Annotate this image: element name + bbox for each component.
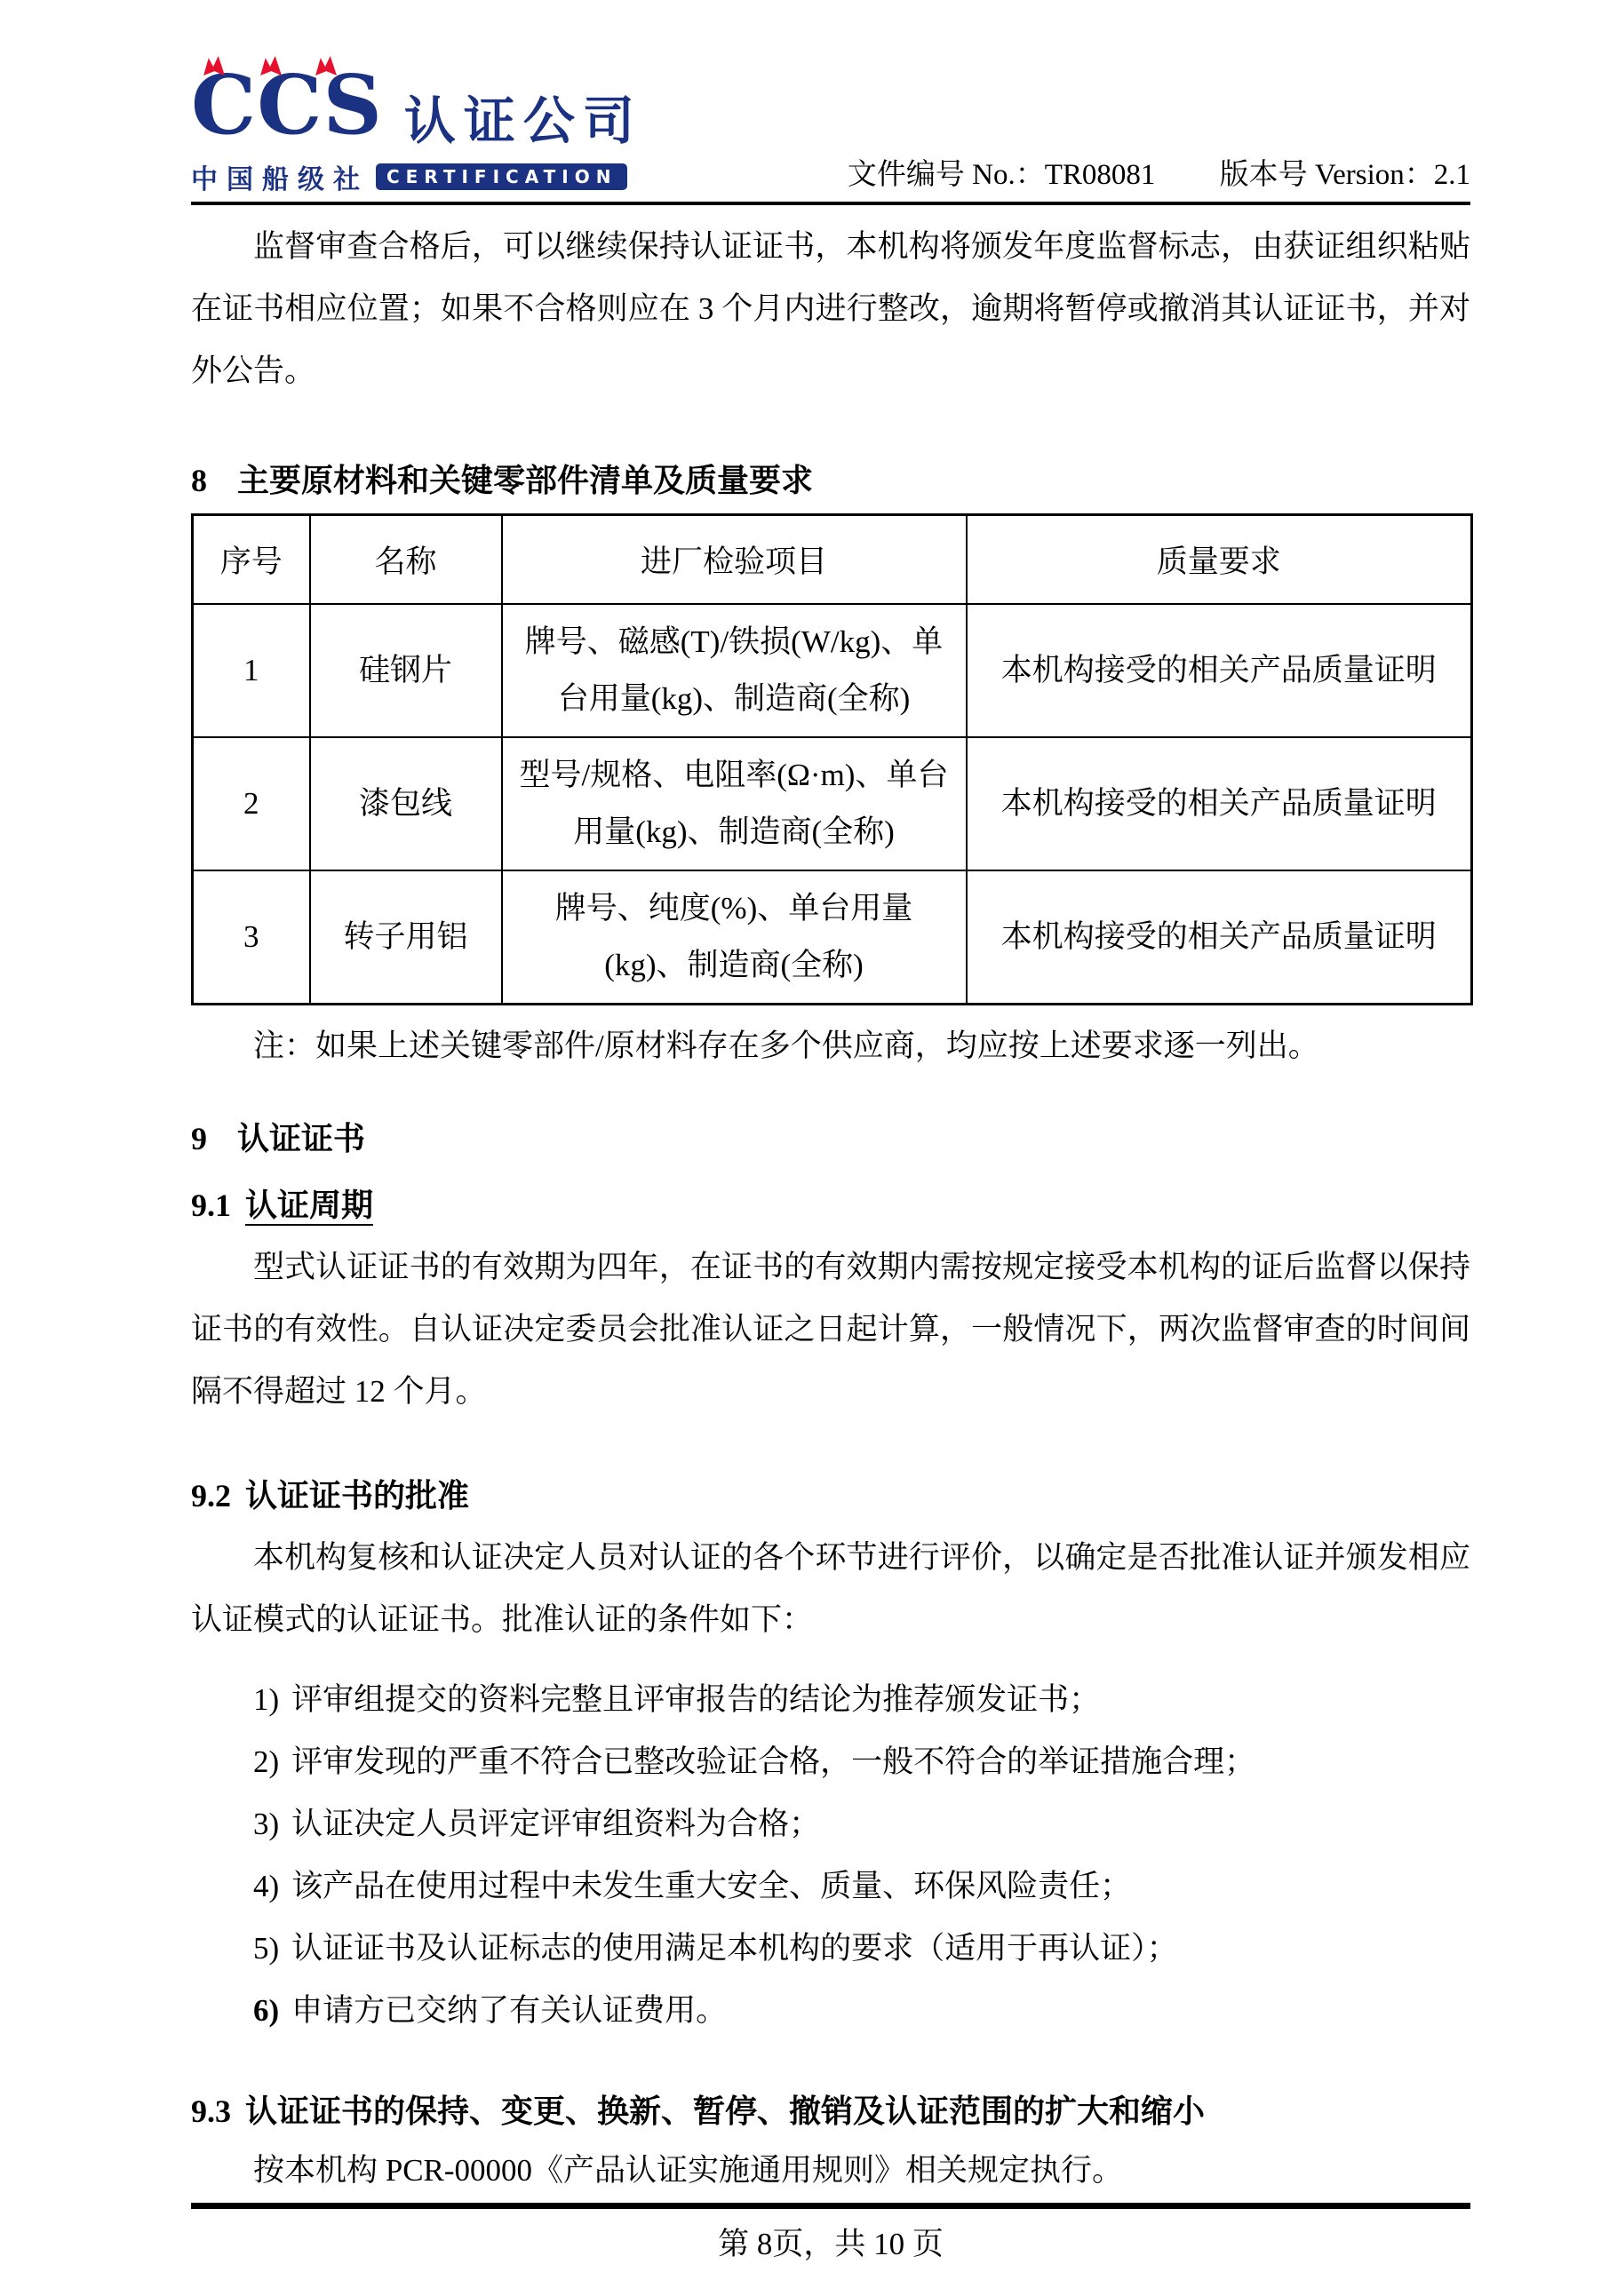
- list-item-number: 1): [253, 1682, 279, 1717]
- ccs-logo: CCS 认证公司 中国船级社 CERTIFICATION: [191, 67, 642, 196]
- document-version: 版本号 Version：2.1: [1220, 159, 1470, 191]
- table-cell: 转子用铝: [310, 870, 502, 1005]
- section-8-title: 主要原材料和关键零部件清单及质量要求: [237, 463, 813, 498]
- ccs-logo-top: CCS 认证公司: [191, 67, 642, 154]
- page-number: 第 8页，共 10 页: [191, 2220, 1470, 2264]
- list-item-number: 3): [253, 1807, 279, 1841]
- section-9-3-heading: 9.3认证证书的保持、变更、换新、暂停、撤销及认证范围的扩大和缩小: [191, 2086, 1470, 2132]
- section-9-heading: 9认证证书: [191, 1114, 1470, 1159]
- list-item: 4)该产品在使用过程中未发生重大安全、质量、环保风险责任；: [253, 1855, 1470, 1918]
- section-8-heading: 8主要原材料和关键零部件清单及质量要求: [191, 456, 1470, 501]
- list-item-text: 申请方已交纳了有关认证费用。: [291, 1993, 727, 2028]
- table-header-row: 序号 名称 进厂检验项目 质量要求: [193, 515, 1472, 605]
- logo-subtitle-cn: 中国船级社: [191, 157, 369, 196]
- section-9-3-title: 认证证书的保持、变更、换新、暂停、撤销及认证范围的扩大和缩小: [245, 2093, 1205, 2129]
- list-item-text: 评审组提交的资料完整且评审报告的结论为推荐颁发证书；: [291, 1682, 1100, 1717]
- section-8-number: 8: [191, 463, 207, 498]
- list-item-text: 评审发现的严重不符合已整改验证合格，一般不符合的举证措施合理；: [291, 1744, 1255, 1779]
- table-cell: 本机构接受的相关产品质量证明: [967, 604, 1472, 737]
- list-item: 3)认证决定人员评定评审组资料为合格；: [253, 1793, 1470, 1855]
- table-cell: 牌号、磁感(T)/铁损(W/kg)、单台用量(kg)、制造商(全称): [502, 604, 967, 737]
- section-9-1-body: 型式认证证书的有效期为四年，在证书的有效期内需按规定接受本机构的证后监督以保持证…: [191, 1236, 1470, 1423]
- list-item: 6)申请方已交纳了有关认证费用。: [253, 1980, 1470, 2042]
- list-item-text: 认证证书及认证标志的使用满足本机构的要求（适用于再认证）；: [291, 1931, 1178, 1966]
- table-cell: 型号/规格、电阻率(Ω·m)、单台用量(kg)、制造商(全称): [502, 737, 967, 870]
- logo-company-name: 认证公司: [404, 79, 642, 154]
- section-9-1-number: 9.1: [191, 1188, 231, 1223]
- section-9-3-body: 按本机构 PCR-00000《产品认证实施通用规则》相关规定执行。: [191, 2142, 1470, 2199]
- table-row: 1 硅钢片 牌号、磁感(T)/铁损(W/kg)、单台用量(kg)、制造商(全称)…: [193, 604, 1472, 737]
- list-item: 5)认证证书及认证标志的使用满足本机构的要求（适用于再认证）；: [253, 1918, 1470, 1980]
- list-item-number: 5): [253, 1931, 279, 1966]
- list-item-number: 6): [253, 1993, 279, 2028]
- document-page: CCS 认证公司 中国船级社 CERTIFICATION 文件编号 No.：TR…: [0, 0, 1617, 2296]
- section-9-2-title: 认证证书的批准: [245, 1478, 469, 1513]
- section-9-number: 9: [191, 1121, 207, 1156]
- list-item-text: 该产品在使用过程中未发生重大安全、质量、环保风险责任；: [291, 1869, 1131, 1903]
- section-9-1-heading: 9.1认证周期: [191, 1180, 1470, 1226]
- logo-certification-badge: CERTIFICATION: [376, 163, 627, 190]
- table-cell: 牌号、纯度(%)、单台用量(kg)、制造商(全称): [502, 870, 967, 1005]
- list-item-number: 2): [253, 1744, 279, 1779]
- page-header: CCS 认证公司 中国船级社 CERTIFICATION 文件编号 No.：TR…: [191, 67, 1470, 205]
- table-row: 3 转子用铝 牌号、纯度(%)、单台用量(kg)、制造商(全称) 本机构接受的相…: [193, 870, 1472, 1005]
- table-cell: 3: [193, 870, 310, 1005]
- section-9-1-title: 认证周期: [245, 1188, 373, 1223]
- table-cell: 硅钢片: [310, 604, 502, 737]
- list-item-text: 认证决定人员评定评审组资料为合格；: [291, 1807, 820, 1841]
- table-cell: 1: [193, 604, 310, 737]
- table-header-cell: 名称: [310, 515, 502, 605]
- table-header-cell: 质量要求: [967, 515, 1472, 605]
- document-meta: 文件编号 No.：TR08081 版本号 Version：2.1: [848, 151, 1470, 193]
- materials-table: 序号 名称 进厂检验项目 质量要求 1 硅钢片 牌号、磁感(T)/铁损(W/kg…: [191, 513, 1473, 1005]
- section-9-2-body: 本机构复核和认证决定人员对认证的各个环节进行评价，以确定是否批准认证并颁发相应认…: [191, 1527, 1470, 1651]
- list-item-number: 4): [253, 1869, 279, 1903]
- table-cell: 2: [193, 737, 310, 870]
- section-9-2-heading: 9.2认证证书的批准: [191, 1471, 1470, 1516]
- table-note: 注：如果上述关键零部件/原材料存在多个供应商，均应按上述要求逐一列出。: [253, 1021, 1470, 1066]
- table-cell: 漆包线: [310, 737, 502, 870]
- section-9-title: 认证证书: [237, 1121, 365, 1156]
- document-number: 文件编号 No.：TR08081: [848, 159, 1156, 191]
- ccs-logo-letters: CCS: [191, 67, 383, 144]
- footer-divider: [191, 2203, 1470, 2209]
- table-header-cell: 序号: [193, 515, 310, 605]
- approval-conditions-list: 1)评审组提交的资料完整且评审报告的结论为推荐颁发证书； 2)评审发现的严重不符…: [253, 1669, 1470, 2042]
- section-9-3-number: 9.3: [191, 2093, 231, 2129]
- list-item: 2)评审发现的严重不符合已整改验证合格，一般不符合的举证措施合理；: [253, 1731, 1470, 1793]
- section-9-2-number: 9.2: [191, 1478, 231, 1513]
- table-row: 2 漆包线 型号/规格、电阻率(Ω·m)、单台用量(kg)、制造商(全称) 本机…: [193, 737, 1472, 870]
- table-header-cell: 进厂检验项目: [502, 515, 967, 605]
- ccs-logo-bottom: 中国船级社 CERTIFICATION: [191, 157, 642, 196]
- table-cell: 本机构接受的相关产品质量证明: [967, 737, 1472, 870]
- intro-paragraph: 监督审查合格后，可以继续保持认证证书，本机构将颁发年度监督标志，由获证组织粘贴在…: [191, 216, 1470, 402]
- list-item: 1)评审组提交的资料完整且评审报告的结论为推荐颁发证书；: [253, 1669, 1470, 1731]
- table-cell: 本机构接受的相关产品质量证明: [967, 870, 1472, 1005]
